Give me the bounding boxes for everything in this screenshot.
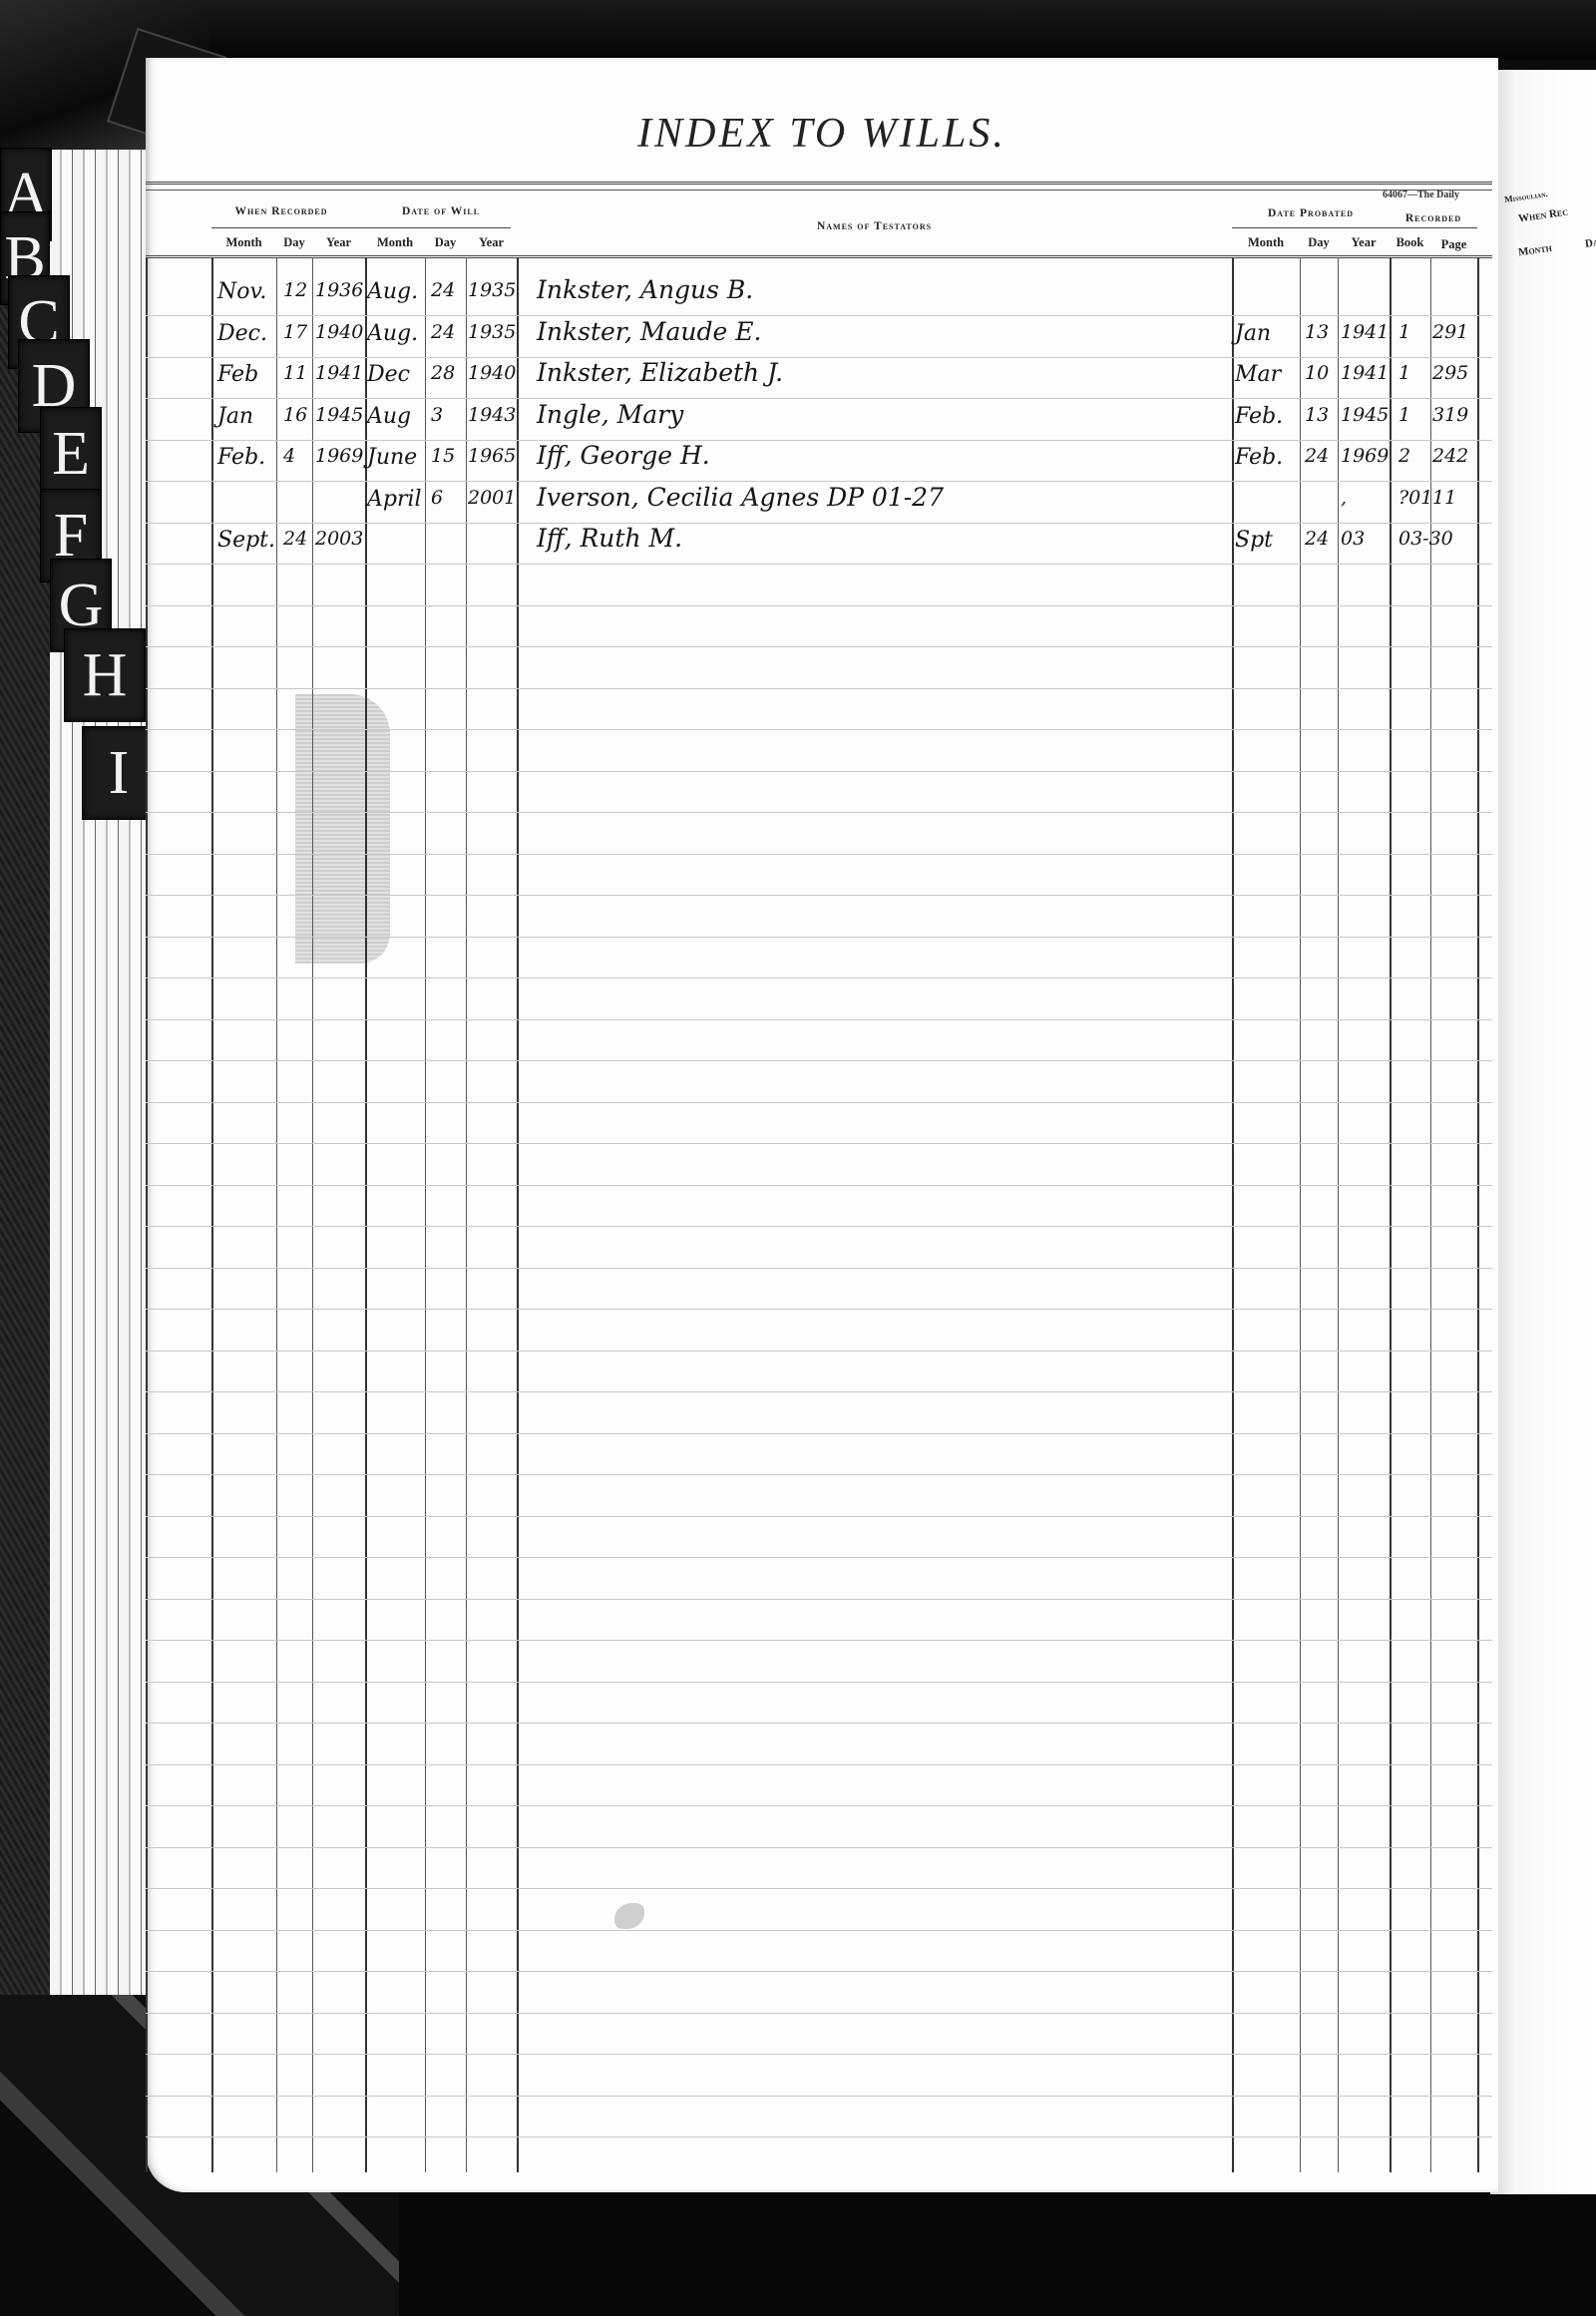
cell-prob-year: 1945 [1341, 404, 1389, 426]
cell-name: Iff, George H. [537, 441, 710, 470]
cell-prob-year: , [1341, 487, 1347, 509]
row-rule [146, 398, 1492, 399]
row-rule [146, 646, 1492, 647]
cell-rec-month: Feb [217, 362, 258, 387]
cell-prob-year: 1969 [1341, 445, 1389, 467]
row-rule [146, 1930, 1492, 1931]
column-divider [517, 257, 519, 2172]
row-rule [146, 2096, 1492, 2097]
row-rule [146, 771, 1492, 772]
row-rule [146, 605, 1492, 606]
row-rule [146, 1019, 1492, 1020]
col-page: Page [1430, 237, 1477, 252]
next-page-printer-note: Missoulian. [1504, 189, 1549, 204]
ledger-page: INDEX TO WILLS. 64067—The Daily When Rec… [146, 58, 1498, 2192]
col-prob-month: Month [1232, 235, 1300, 250]
row-rule [146, 1516, 1492, 1517]
row-rule [146, 1268, 1492, 1269]
column-divider [365, 257, 367, 2172]
header-mid-rule-right [1232, 227, 1477, 228]
row-rule [146, 1185, 1492, 1186]
row-rule [146, 2013, 1492, 2014]
cell-will-day: 6 [431, 487, 443, 509]
header-names-of-testators: Names of Testators [517, 220, 1232, 232]
column-divider [1477, 257, 1479, 2172]
row-rule [146, 2136, 1492, 2137]
cell-book: 2 [1398, 445, 1410, 467]
scan-background-top [0, 0, 1596, 60]
cell-prob-year: 1941 [1341, 321, 1389, 343]
cell-prob-month: Spt [1235, 528, 1273, 553]
cell-page: 11 [1432, 487, 1456, 509]
cell-prob-day: 13 [1305, 404, 1329, 426]
cell-name: Iff, Ruth M. [537, 524, 682, 553]
cell-prob-day: 13 [1305, 321, 1329, 343]
row-rule [146, 1060, 1492, 1061]
cell-name: Inkster, Elizabeth J. [537, 358, 783, 387]
row-rule [146, 1805, 1492, 1806]
cell-page: 295 [1432, 362, 1468, 384]
cell-rec-day: 16 [283, 404, 307, 426]
cell-book: 03-30 [1398, 528, 1453, 550]
row-rule [146, 1557, 1492, 1558]
cell-prob-day: 24 [1305, 445, 1329, 467]
cell-will-month: Aug. [367, 321, 418, 346]
row-rule [146, 937, 1492, 938]
row-rule [146, 977, 1492, 978]
row-rule [146, 1764, 1492, 1765]
row-rule [146, 895, 1492, 896]
header-top-rule [146, 182, 1492, 185]
cell-page: 242 [1432, 445, 1468, 467]
page-title: INDEX TO WILLS. [146, 110, 1498, 158]
cell-name: Ingle, Mary [537, 400, 683, 429]
col-book: Book [1390, 235, 1430, 250]
leaf-watermark [614, 1903, 644, 1929]
row-rule [146, 1433, 1492, 1434]
page-stain [295, 694, 390, 964]
index-tab-h[interactable]: H [64, 628, 146, 722]
cell-rec-day: 11 [283, 362, 307, 384]
column-divider [211, 257, 213, 2172]
cell-rec-day: 4 [283, 445, 295, 467]
col-prob-year: Year [1338, 235, 1390, 250]
cell-rec-day: 17 [283, 321, 307, 343]
cell-book: 1 [1398, 362, 1410, 384]
col-will-month: Month [365, 235, 425, 250]
cell-rec-year: 2003 [315, 528, 363, 550]
row-rule [146, 1351, 1492, 1351]
cell-name: Iverson, Cecilia Agnes DP 01-27 [537, 483, 944, 512]
header-bottom-rule [146, 255, 1492, 258]
row-rule [146, 1640, 1492, 1641]
header-mid-rule-left [211, 227, 511, 228]
cell-will-year: 1943 [468, 404, 516, 426]
row-rule [146, 1391, 1492, 1392]
row-rule [146, 854, 1492, 855]
cell-rec-month: Feb. [217, 445, 265, 470]
column-divider [146, 257, 148, 2172]
row-rule [146, 729, 1492, 730]
cell-prob-month: Jan [1235, 321, 1271, 346]
col-will-year: Year [466, 235, 517, 250]
row-rule [146, 357, 1492, 358]
cell-rec-year: 1936 [315, 279, 363, 301]
cell-page: 291 [1432, 321, 1468, 343]
next-page-header-day: Da [1584, 236, 1596, 250]
column-divider [1300, 257, 1301, 2172]
cell-will-year: 1940 [468, 362, 516, 384]
next-page-header-month: Month [1517, 242, 1552, 259]
cell-book: 1 [1398, 404, 1410, 426]
cell-will-month: April [367, 487, 422, 512]
cell-will-year: 2001 [468, 487, 516, 509]
column-divider [1338, 257, 1339, 2172]
row-rule [146, 1723, 1492, 1724]
row-rule [146, 1474, 1492, 1475]
cell-will-year: 1935 [468, 279, 516, 301]
cell-rec-month: Dec. [217, 321, 267, 346]
column-divider [1232, 257, 1234, 2172]
col-rec-month: Month [211, 235, 276, 250]
printer-note: 64067—The Daily [1383, 190, 1459, 200]
cell-rec-year: 1941 [315, 362, 363, 384]
column-divider [312, 257, 313, 2172]
cell-prob-day: 24 [1305, 528, 1329, 550]
row-rule [146, 1102, 1492, 1103]
cell-will-year: 1965 [468, 445, 516, 467]
cell-prob-year: 1941 [1341, 362, 1389, 384]
col-prob-day: Day [1300, 235, 1338, 250]
row-rule [146, 1847, 1492, 1848]
cell-rec-year: 1945 [315, 404, 363, 426]
row-rule [146, 564, 1492, 565]
row-rule [146, 315, 1492, 316]
row-rule [146, 1143, 1492, 1144]
row-rule [146, 1888, 1492, 1889]
row-rule [146, 812, 1492, 813]
cell-rec-day: 12 [283, 279, 307, 301]
row-rule [146, 1226, 1492, 1227]
index-tab-e[interactable]: E [40, 407, 102, 501]
cell-prob-month: Feb. [1235, 404, 1283, 429]
cell-will-month: Aug [367, 404, 411, 429]
cell-name: Inkster, Angus B. [537, 275, 753, 304]
row-rule [146, 523, 1492, 524]
col-rec-year: Year [312, 235, 365, 250]
cell-will-day: 28 [431, 362, 455, 384]
cell-name: Inkster, Maude E. [537, 317, 761, 346]
cell-prob-month: Mar [1235, 362, 1281, 387]
cell-prob-year: 03 [1341, 528, 1365, 550]
next-page-header-group: When Rec [1517, 206, 1568, 225]
cell-rec-month: Sept. [217, 528, 275, 553]
cell-will-month: Aug. [367, 279, 418, 304]
cell-rec-day: 24 [283, 528, 307, 550]
cell-will-month: Dec [367, 362, 410, 387]
cell-page: 319 [1432, 404, 1468, 426]
row-rule [146, 1971, 1492, 1972]
row-rule [146, 440, 1492, 441]
header-top-rule-2 [146, 190, 1492, 191]
col-rec-day: Day [276, 235, 312, 250]
row-rule [146, 1309, 1492, 1310]
cell-prob-day: 10 [1305, 362, 1329, 384]
column-divider [466, 257, 467, 2172]
row-rule [146, 2054, 1492, 2055]
col-will-day: Day [425, 235, 466, 250]
cell-prob-month: Feb. [1235, 445, 1283, 470]
index-tab-i[interactable]: I [82, 726, 156, 820]
cell-will-day: 24 [431, 279, 455, 301]
row-rule [146, 1599, 1492, 1600]
cell-rec-year: 1940 [315, 321, 363, 343]
column-divider [276, 257, 277, 2172]
cell-book: 1 [1398, 321, 1410, 343]
row-rule [146, 1682, 1492, 1683]
header-date-of-will: Date of Will [365, 205, 517, 217]
header-recorded: Recorded [1390, 212, 1477, 224]
header-when-recorded: When Recorded [211, 205, 351, 217]
column-divider [1390, 257, 1392, 2172]
cell-will-year: 1935 [468, 321, 516, 343]
cell-will-day: 3 [431, 404, 443, 426]
next-page-edge: Missoulian. When Rec Month Da [1490, 70, 1596, 2194]
cell-rec-month: Nov. [217, 279, 266, 304]
cell-will-day: 24 [431, 321, 455, 343]
cell-rec-year: 1969 [315, 445, 363, 467]
cell-will-month: June [367, 445, 417, 470]
row-rule [146, 688, 1492, 689]
cell-rec-month: Jan [217, 404, 253, 429]
header-date-probated: Date Probated [1232, 207, 1390, 219]
cell-book: ?01 [1398, 487, 1432, 509]
cell-will-day: 15 [431, 445, 455, 467]
column-divider [425, 257, 426, 2172]
